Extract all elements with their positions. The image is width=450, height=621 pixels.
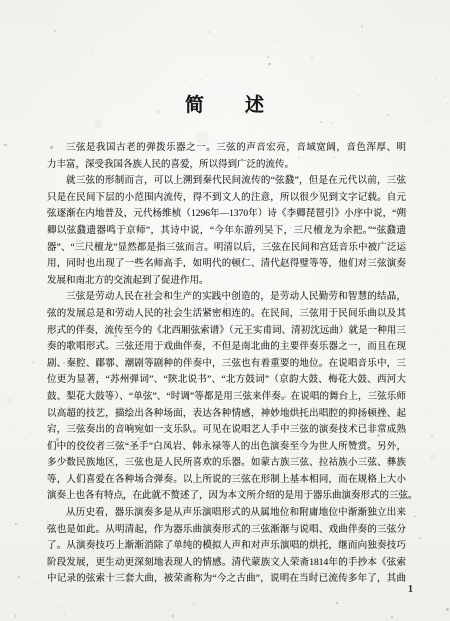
noise-speck <box>366 599 367 600</box>
text-line: 发展和南北方的交流起到了促进作用。 <box>47 273 406 290</box>
text-line: 三弦是劳动人民在社会和生产的实践中创造的，是劳动人民勤劳和智慧的结晶，所以三 <box>47 289 406 306</box>
text-line: 奏的歌唱形式。三弦还用于戏曲伴奏，不但是南北曲的主要伴奏乐器之一，而且在现在的京 <box>47 339 406 356</box>
noise-speck <box>153 38 155 40</box>
text-line: 从历史看，器乐演奏多是从声乐演唱形式的从属地位和附庸地位中渐渐独立出来的。三 <box>47 505 406 522</box>
noise-speck <box>34 582 35 583</box>
scanned-page: 简 述 三弦是我国古老的弹拨乐器之一。三弦的声音宏亮，音域宽阔，音色浑厚、明亮，… <box>0 0 450 621</box>
noise-speck <box>64 614 65 615</box>
noise-blotch <box>94 120 102 128</box>
noise-speck <box>446 348 447 350</box>
noise-speck <box>320 121 322 122</box>
noise-speck <box>11 424 12 425</box>
noise-speck <box>331 122 332 123</box>
page-number: 1 <box>408 584 413 595</box>
noise-speck <box>19 522 20 523</box>
noise-speck <box>431 435 433 437</box>
noise-speck <box>219 118 220 119</box>
text-line: 多少数民族地区，三弦也是人民所喜欢的乐器。如蒙古族三弦、拉祜族小三弦、彝族大三弦 <box>47 455 406 472</box>
noise-speck <box>409 5 410 6</box>
text-line: 宕，三弦奏出的音响宛如一支乐队。可见在说唱艺人手中三弦的演奏技术已非常成熟了，他 <box>47 422 406 439</box>
noise-speck <box>102 80 103 81</box>
noise-speck <box>446 608 448 610</box>
noise-speck <box>274 39 276 41</box>
noise-speck <box>361 25 363 28</box>
noise-speck <box>377 75 379 77</box>
noise-speck <box>267 56 269 58</box>
text-line: 演奏上也各有特点，在此就不赘述了，因为本文所介绍的是用于器乐曲演奏形式的三弦。 <box>47 488 406 505</box>
noise-speck <box>278 598 279 599</box>
noise-speck <box>336 602 338 603</box>
text-line: 弦逐渐在内地普及，元代杨维桢（1296年—1370年）诗《李卿琵琶引》小序中说，… <box>47 206 406 223</box>
noise-speck <box>419 537 421 539</box>
noise-speck <box>129 133 130 135</box>
text-line: 就三弦的形制而言，可以上溯到秦代民间流传的“弦鼗”，但是在元代以前，三弦似乎 <box>47 173 406 190</box>
text-line: 器”、“三尺檀龙”显然都是指三弦而言。明清以后，三弦在民间和宫廷音乐中被广泛运 <box>47 240 406 257</box>
noise-speck <box>15 615 16 617</box>
noise-speck <box>391 616 393 618</box>
noise-speck <box>17 156 18 157</box>
noise-speck <box>172 615 174 617</box>
noise-speck <box>58 607 59 608</box>
noise-speck <box>435 330 436 331</box>
noise-speck <box>24 438 25 439</box>
noise-speck <box>325 21 326 22</box>
body-text: 三弦是我国古老的弹拨乐器之一。三弦的声音宏亮，音域宽阔，音色浑厚、明亮，表现力丰… <box>47 140 406 588</box>
noise-speck <box>426 410 427 411</box>
text-line: 阶段发展，更生动更深刻地表现人的情感。清代蒙族文人荣斋1814年的手抄本《弦索备… <box>47 555 406 572</box>
noise-speck <box>29 482 30 483</box>
noise-speck <box>54 30 56 32</box>
noise-speck <box>252 133 253 134</box>
text-line: 弦的发展总是和劳动人民的社会生活紧密相连的。在民间，三弦用于民间乐曲以及其他演唱 <box>47 306 406 323</box>
text-line: 位更为显著，“苏州弹词”、“陕北说书”、“北方鼓词”（京韵大鼓、梅花大鼓、西河大 <box>47 372 406 389</box>
noise-speck <box>4 144 6 146</box>
section-title: 简 述 <box>0 90 450 117</box>
text-line: 等，人们喜爱在各种场合弹奏。以上所说的三弦在形制上基本相同，而在规格上大小不一， <box>47 472 406 489</box>
text-line: 只是在民间下层的小范围内流传，得不到文人的注意，所以很少见到文字记载。自元代起三 <box>47 190 406 207</box>
text-line: 剧、秦腔、郿鄠、潮剧等剧种的伴奏中，三弦也有着重要的地位。在说唱音乐中，三弦的地 <box>47 356 406 373</box>
text-line: 卿以弦鼗遗器鸣于京师”，其诗中说，“今年东游列吴下，三尺檀龙为余把。”“弦鼗遗 <box>47 223 406 240</box>
noise-speck <box>92 48 93 49</box>
noise-speck <box>31 87 32 88</box>
noise-speck <box>311 57 313 60</box>
noise-speck <box>200 79 201 80</box>
noise-speck <box>441 148 442 149</box>
text-line: 弦也是如此。从明清起，作为器乐曲演奏形式的三弦渐渐与说唱、戏曲伴奏的三弦分道扬镳 <box>47 522 406 539</box>
text-line: 中记录的弦索十三套大曲，被荣斋称为“今之古曲”，说明在当时已流传多年了，其曲谱内 <box>47 571 406 588</box>
noise-speck <box>207 31 209 34</box>
text-line: 用，同时也出现了一些名师高手，如明代的顿仁、清代赵得璧等等，他们对三弦演奏技巧的 <box>47 256 406 273</box>
noise-speck <box>414 516 416 518</box>
text-line: 力丰富，深受我国各族人民的喜爱，所以得到广泛的流传。 <box>47 157 406 174</box>
noise-speck <box>26 254 27 255</box>
noise-speck <box>32 361 34 364</box>
noise-speck <box>435 79 437 80</box>
noise-blotch <box>430 454 435 459</box>
text-line: 以高超的技艺，描绘出各种场面，表达各种情感，神妙地烘托出唱腔的抑扬顿挫、起伏跌 <box>47 406 406 423</box>
noise-speck <box>193 603 194 604</box>
text-line: 形式的伴奏，流传至今的《北西厢弦索谱》（元王实甫词、清初沈远曲）就是一种用三弦伴 <box>47 323 406 340</box>
noise-speck <box>259 138 260 139</box>
text-line: 三弦是我国古老的弹拨乐器之一。三弦的声音宏亮，音域宽阔，音色浑厚、明亮，表现 <box>47 140 406 157</box>
noise-speck <box>268 63 271 65</box>
noise-speck <box>15 523 17 525</box>
noise-blotch <box>7 398 13 404</box>
noise-speck <box>143 595 145 596</box>
text-line: 了。从演奏技巧上渐渐消除了单纯的模拟人声和对声乐演唱的烘托，继而向独奏技巧的高深 <box>47 538 406 555</box>
noise-speck <box>428 119 429 121</box>
noise-speck <box>312 38 313 39</box>
noise-speck <box>193 28 195 29</box>
text-line: 鼓、梨花大鼓等）、“单弦”、“时调”等都是用三弦来伴奏。在说唱的舞台上，三弦乐师 <box>47 389 406 406</box>
noise-speck <box>18 576 20 578</box>
text-line: 们中的佼佼者三弦“圣手”白凤岩、韩永禄等人的出色演奏至今为世人所赞赏。另外，在许 <box>47 439 406 456</box>
noise-speck <box>190 86 191 87</box>
noise-speck <box>41 505 42 506</box>
